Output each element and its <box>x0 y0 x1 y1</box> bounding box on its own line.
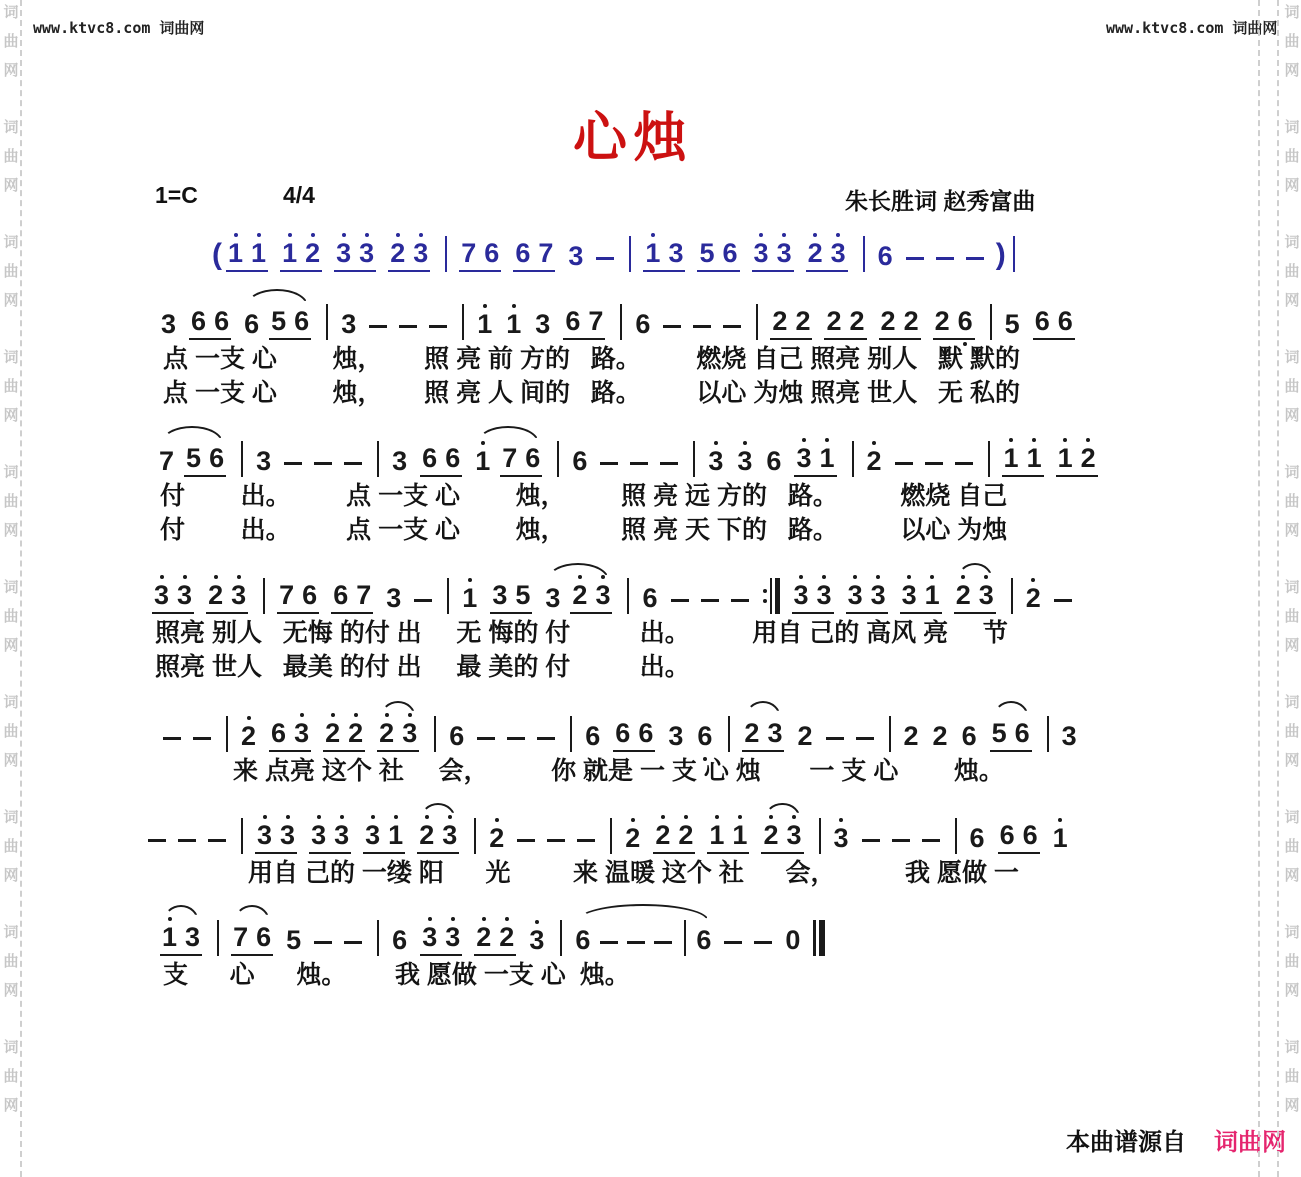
note: 6 <box>514 237 531 269</box>
lyric-line: 照亮 别人 无悔 的付 出 无 悔的 付 出。 用自 己的 高风 亮 节 <box>155 618 1008 648</box>
duration-dash <box>369 325 387 328</box>
note: 2 <box>903 720 920 752</box>
barline <box>1047 716 1049 752</box>
note-token: 6 <box>696 720 713 752</box>
underline-beam-group: 13 <box>643 237 685 272</box>
border-char: 网 <box>1284 407 1299 424</box>
duration-dash <box>314 462 332 465</box>
underline-beam-group: 23 <box>388 237 430 272</box>
duration-dash <box>955 462 973 465</box>
octave-dot-above <box>183 575 187 579</box>
duration-dash <box>966 257 984 260</box>
note: 3 <box>707 445 724 477</box>
barline-thin <box>813 920 816 956</box>
note-token: 6 <box>969 822 986 854</box>
note: 1 <box>461 582 478 614</box>
note: 2 <box>207 579 224 611</box>
underline-beam-group: 22 <box>879 305 921 340</box>
barline <box>852 441 854 477</box>
border-char: 曲 <box>3 493 18 510</box>
note: 6 <box>574 924 591 956</box>
note: 3 <box>1061 720 1078 752</box>
slur-group: 323 <box>544 579 612 614</box>
border-char: 网 <box>3 522 18 539</box>
note: 2 <box>932 720 949 752</box>
note-token: 3 <box>340 308 357 340</box>
underline-beam-group: 67 <box>331 579 373 614</box>
note-token: 3 <box>528 924 545 956</box>
note: 6 <box>444 442 461 474</box>
credits: 朱长胜词 赵秀富曲 <box>845 183 1035 216</box>
octave-dot-above <box>428 917 432 921</box>
duration-dash <box>731 599 749 602</box>
note: 2 <box>743 717 760 749</box>
barline <box>684 920 686 956</box>
note: 3 <box>230 579 247 611</box>
note: 2 <box>498 921 515 953</box>
underline-beam-group: 23 <box>954 579 996 614</box>
border-char: 曲 <box>1284 723 1299 740</box>
octave-dot-above <box>237 575 241 579</box>
barline <box>610 818 612 854</box>
border-char: 曲 <box>3 953 18 970</box>
octave-dot-above <box>317 815 321 819</box>
underline-beam-group: 56 <box>990 717 1032 752</box>
note: 7 <box>232 921 249 953</box>
note: 5 <box>1004 308 1021 340</box>
duration-dash <box>429 325 447 328</box>
lyric-line: 付 出。 点 一支 心 烛， 照 亮 天 下的 路。 以心 为烛 <box>160 515 1007 545</box>
underline-beam-group: 66 <box>420 442 462 477</box>
underline-beam-group: 33 <box>752 237 794 272</box>
octave-dot-above <box>1031 578 1035 582</box>
octave-dot-above <box>354 713 358 717</box>
note: 2 <box>488 822 505 854</box>
slur-group: 23 <box>377 717 419 752</box>
underline-beam-group: 76 <box>231 921 273 956</box>
duration-dash <box>208 839 226 842</box>
border-char: 网 <box>1284 867 1299 884</box>
underline-beam-group: 35 <box>490 579 532 614</box>
note-token: 3 <box>391 445 408 477</box>
duration-dash <box>284 462 302 465</box>
note: 6 <box>1034 305 1051 337</box>
note: 3 <box>401 717 418 749</box>
octave-dot-above <box>394 815 398 819</box>
slur-group: 756 <box>158 442 226 477</box>
note: 7 <box>158 445 175 477</box>
duration-dash <box>856 737 874 740</box>
octave-dot-above <box>907 575 911 579</box>
underline-beam-group: 31 <box>900 579 942 614</box>
note-token: 7 <box>158 445 175 477</box>
slur-group: 23 <box>742 717 784 752</box>
note-token: 2 <box>796 720 813 752</box>
note-token: 6 <box>448 720 465 752</box>
dot <box>763 589 767 593</box>
border-char: 曲 <box>3 608 18 625</box>
octave-dot-above <box>822 575 826 579</box>
underline-beam-group: 23 <box>417 819 459 854</box>
note-token: 3 <box>1061 720 1078 752</box>
duration-dash <box>936 257 954 260</box>
note: 1 <box>818 442 835 474</box>
border-char: 网 <box>3 292 18 309</box>
barline <box>226 716 228 752</box>
duration-dash <box>178 839 196 842</box>
note: 1 <box>476 308 493 340</box>
underline-beam-group: 23 <box>806 237 848 272</box>
duration-dash <box>701 599 719 602</box>
duration-dash <box>577 839 595 842</box>
underline-beam-group: 22 <box>653 819 695 854</box>
octave-dot-above <box>331 713 335 717</box>
note-token: 6 <box>765 445 782 477</box>
octave-dot-above <box>234 233 238 237</box>
duration-dash <box>1054 599 1072 602</box>
border-char: 网 <box>1284 637 1299 654</box>
note-token: 6 <box>243 308 260 340</box>
border-char: 网 <box>1284 522 1299 539</box>
octave-dot-above <box>743 441 747 445</box>
octave-dot-above <box>802 438 806 442</box>
note: 7 <box>355 579 372 611</box>
border-char: 曲 <box>3 263 18 280</box>
note: 3 <box>830 237 847 269</box>
border-char: 曲 <box>3 723 18 740</box>
note: 7 <box>537 237 554 269</box>
octave-dot-above <box>813 233 817 237</box>
border-char: 曲 <box>1284 33 1299 50</box>
notation-row: 2632223666636232226563 <box>163 712 1090 752</box>
barline <box>620 304 622 340</box>
border-char: 曲 <box>3 148 18 165</box>
notation-row: (1112332376673135633236) <box>212 232 1027 272</box>
border-char: 词 <box>3 234 18 251</box>
note: 5 <box>698 237 715 269</box>
note: 6 <box>1014 717 1031 749</box>
note: 3 <box>176 579 193 611</box>
note-token: 2 <box>866 445 883 477</box>
lyric-line: 点 一支 心 烛， 照 亮 前 方的 路。 燃烧 自己 照亮 别人 默 默的 <box>163 344 1020 374</box>
note: 6 <box>243 308 260 340</box>
note: 2 <box>866 445 883 477</box>
border-char: 曲 <box>1284 1068 1299 1085</box>
note: 6 <box>961 720 978 752</box>
octave-dot-above <box>782 233 786 237</box>
underline-beam-group: 66 <box>1033 305 1075 340</box>
note: 2 <box>324 717 341 749</box>
border-char: 曲 <box>3 1068 18 1085</box>
border-dashed-line <box>1277 0 1279 1177</box>
octave-dot-above <box>876 575 880 579</box>
border-char: 词 <box>1284 694 1299 711</box>
octave-dot-above <box>263 815 267 819</box>
slur-group: 23 <box>954 579 996 614</box>
border-dashed-line <box>1258 0 1260 1177</box>
note: 3 <box>667 237 684 269</box>
duration-dash <box>693 325 711 328</box>
note: 6 <box>332 579 349 611</box>
underline-beam-group: 22 <box>323 717 365 752</box>
note: 6 <box>696 720 713 752</box>
octave-dot-above <box>396 233 400 237</box>
note: 2 <box>654 819 671 851</box>
note: 2 <box>304 237 321 269</box>
note: 3 <box>385 582 402 614</box>
octave-dot-above <box>1032 438 1036 442</box>
note: 1 <box>731 819 748 851</box>
octave-dot-above <box>839 818 843 822</box>
octave-dot-above <box>214 575 218 579</box>
underline-beam-group: 22 <box>474 921 516 956</box>
note: 6 <box>584 720 601 752</box>
note-token: 1 <box>476 308 493 340</box>
note: 7 <box>278 579 295 611</box>
octave-dot-above <box>505 917 509 921</box>
underline-beam-group: 11 <box>1002 442 1044 477</box>
song-title: 心烛 <box>573 95 693 172</box>
note: 6 <box>1022 819 1039 851</box>
note: 5 <box>185 442 202 474</box>
barline <box>627 578 629 614</box>
note: 3 <box>279 819 296 851</box>
border-char: 网 <box>1284 292 1299 309</box>
border-char: 曲 <box>3 378 18 395</box>
note-token: 6 <box>584 720 601 752</box>
barline <box>241 818 243 854</box>
duration-dash <box>547 839 565 842</box>
duration-dash <box>671 599 689 602</box>
border-char: 网 <box>1284 752 1299 769</box>
octave-dot-above <box>448 815 452 819</box>
duration-dash <box>892 839 910 842</box>
barline <box>326 304 328 340</box>
note-token: 3 <box>160 308 177 340</box>
border-char: 网 <box>3 982 18 999</box>
left-border-watermark-column: 词曲网词曲网词曲网词曲网词曲网词曲网词曲网词曲网词曲网词曲网 <box>2 4 20 1154</box>
underline-beam-group: 56 <box>269 305 311 340</box>
duration-dash <box>660 462 678 465</box>
barline <box>434 716 436 752</box>
underline-beam-group: 33 <box>334 237 376 272</box>
note: 3 <box>391 445 408 477</box>
octave-dot-above <box>1063 438 1067 442</box>
note-token: 6 <box>641 582 658 614</box>
octave-dot-above <box>578 575 582 579</box>
note: 3 <box>364 819 381 851</box>
note: 1 <box>708 819 725 851</box>
duration-dash <box>344 462 362 465</box>
note-token: 6 <box>391 924 408 956</box>
note: 2 <box>934 305 951 337</box>
barline <box>756 304 758 340</box>
note: 3 <box>421 921 438 953</box>
note: 6 <box>421 442 438 474</box>
note: 1 <box>227 237 244 269</box>
note: 6 <box>957 305 974 337</box>
border-char: 词 <box>3 579 18 596</box>
note: 6 <box>190 305 207 337</box>
border-char: 曲 <box>1284 608 1299 625</box>
note-token: 2 <box>903 720 920 752</box>
underline-beam-group: 22 <box>824 305 866 340</box>
note: 3 <box>534 308 551 340</box>
parenthesis: ( <box>212 238 222 272</box>
lyric-line: 点 一支 心 烛， 照 亮 人 间的 路。 以心 为烛 照亮 世人 无 私的 <box>163 378 1020 408</box>
duration-dash <box>663 325 681 328</box>
octave-dot-above <box>408 713 412 717</box>
octave-dot-above <box>451 917 455 921</box>
octave-dot-above <box>1086 438 1090 442</box>
octave-dot-above <box>365 233 369 237</box>
octave-dot-above <box>872 441 876 445</box>
notation-row: 13765633223660 <box>160 916 833 956</box>
note: 1 <box>281 237 298 269</box>
note: 6 <box>722 237 739 269</box>
note: 3 <box>358 237 375 269</box>
note: 7 <box>460 237 477 269</box>
underline-beam-group: 26 <box>933 305 975 340</box>
underline-beam-group: 76 <box>277 579 319 614</box>
note: 1 <box>1052 822 1069 854</box>
border-char: 词 <box>1284 924 1299 941</box>
lyric-line: 支 心 烛。 我 愿做 一支 心 烛。 <box>163 960 630 990</box>
octave-dot-above <box>257 233 261 237</box>
duration-dash <box>895 462 913 465</box>
key-signature: 1=C <box>155 182 198 209</box>
border-char: 网 <box>3 62 18 79</box>
border-char: 词 <box>3 1039 18 1056</box>
note-token: 3 <box>255 445 272 477</box>
note: 3 <box>441 819 458 851</box>
barline <box>241 441 243 477</box>
octave-dot-above <box>631 818 635 822</box>
note-token: 6 <box>961 720 978 752</box>
border-char: 网 <box>3 1097 18 1114</box>
note: 3 <box>160 308 177 340</box>
duration-dash <box>537 737 555 740</box>
border-dashed-line <box>20 0 22 1177</box>
note: 3 <box>293 717 310 749</box>
duration-dash <box>862 839 880 842</box>
note-token: 6 <box>571 445 588 477</box>
note-token: 2 <box>488 822 505 854</box>
duration-dash <box>723 325 741 328</box>
border-char: 网 <box>1284 982 1299 999</box>
barline <box>557 441 559 477</box>
music-system-1: (1112332376673135633236) <box>212 232 1027 272</box>
note-token: 6 <box>574 924 591 956</box>
note: 6 <box>270 717 287 749</box>
octave-dot-above <box>961 575 965 579</box>
octave-dot-above <box>288 233 292 237</box>
underline-beam-group: 12 <box>1056 442 1098 477</box>
note: 2 <box>955 579 972 611</box>
octave-dot-above <box>930 575 934 579</box>
octave-dot-above <box>311 233 315 237</box>
duration-dash <box>906 257 924 260</box>
note: 1 <box>161 921 178 953</box>
music-system-3: 756336617663363121112付 出。 点 一支 心 烛， 照 亮 … <box>158 437 1110 477</box>
note-token: 6 <box>634 308 651 340</box>
underline-beam-group: 56 <box>184 442 226 477</box>
octave-dot-above <box>483 304 487 308</box>
note: 6 <box>391 924 408 956</box>
note: 2 <box>880 305 897 337</box>
note: 6 <box>877 240 894 272</box>
barline <box>728 716 730 752</box>
duration-dash <box>724 941 742 944</box>
note: 3 <box>753 237 770 269</box>
barline <box>990 304 992 340</box>
border-char: 网 <box>3 637 18 654</box>
note: 1 <box>387 819 404 851</box>
footer-site-name: 词曲网 <box>1214 1122 1286 1157</box>
barline <box>263 578 265 614</box>
note: 2 <box>571 579 588 611</box>
note: 2 <box>796 720 813 752</box>
note: 2 <box>475 921 492 953</box>
note: 3 <box>491 579 508 611</box>
octave-dot-above <box>661 815 665 819</box>
note-token: 3 <box>534 308 551 340</box>
underline-beam-group: 11 <box>707 819 749 854</box>
duration-dash <box>600 941 618 944</box>
octave-dot-above <box>425 815 429 819</box>
underline-beam-group: 33 <box>255 819 297 854</box>
octave-dot-above <box>419 233 423 237</box>
barline <box>863 236 865 272</box>
octave-dot-above <box>853 575 857 579</box>
underline-beam-group: 23 <box>761 819 803 854</box>
note: 3 <box>256 819 273 851</box>
note: 2 <box>418 819 435 851</box>
note: 3 <box>335 237 352 269</box>
border-char: 词 <box>1284 119 1299 136</box>
note-token: 6 <box>877 240 894 272</box>
octave-dot-above <box>286 815 290 819</box>
octave-dot-above <box>168 917 172 921</box>
note: 3 <box>785 819 802 851</box>
note: 6 <box>571 445 588 477</box>
note: 2 <box>378 717 395 749</box>
octave-dot-above <box>468 578 472 582</box>
music-system-4: 3323766731353236333331232照亮 别人 无悔 的付 出 无… <box>152 574 1084 614</box>
note-token: 2 <box>932 720 949 752</box>
note: 1 <box>1003 442 1020 474</box>
octave-dot-above <box>715 815 719 819</box>
note: 3 <box>793 579 810 611</box>
octave-dot-above <box>482 917 486 921</box>
octave-dot-above <box>792 815 796 819</box>
underline-beam-group: 33 <box>152 579 194 614</box>
note: 6 <box>614 717 631 749</box>
note: 3 <box>184 921 201 953</box>
note: 2 <box>1080 442 1097 474</box>
note: 3 <box>978 579 995 611</box>
octave-dot-above <box>759 233 763 237</box>
note: 2 <box>1025 582 1042 614</box>
slur-group: 66 <box>574 920 712 956</box>
underline-beam-group: 23 <box>206 579 248 614</box>
underline-beam-group: 13 <box>160 921 202 956</box>
barline <box>570 716 572 752</box>
border-char: 网 <box>1284 1097 1299 1114</box>
slur-group: 56 <box>990 717 1032 752</box>
border-char: 词 <box>3 349 18 366</box>
note: 1 <box>505 308 522 340</box>
